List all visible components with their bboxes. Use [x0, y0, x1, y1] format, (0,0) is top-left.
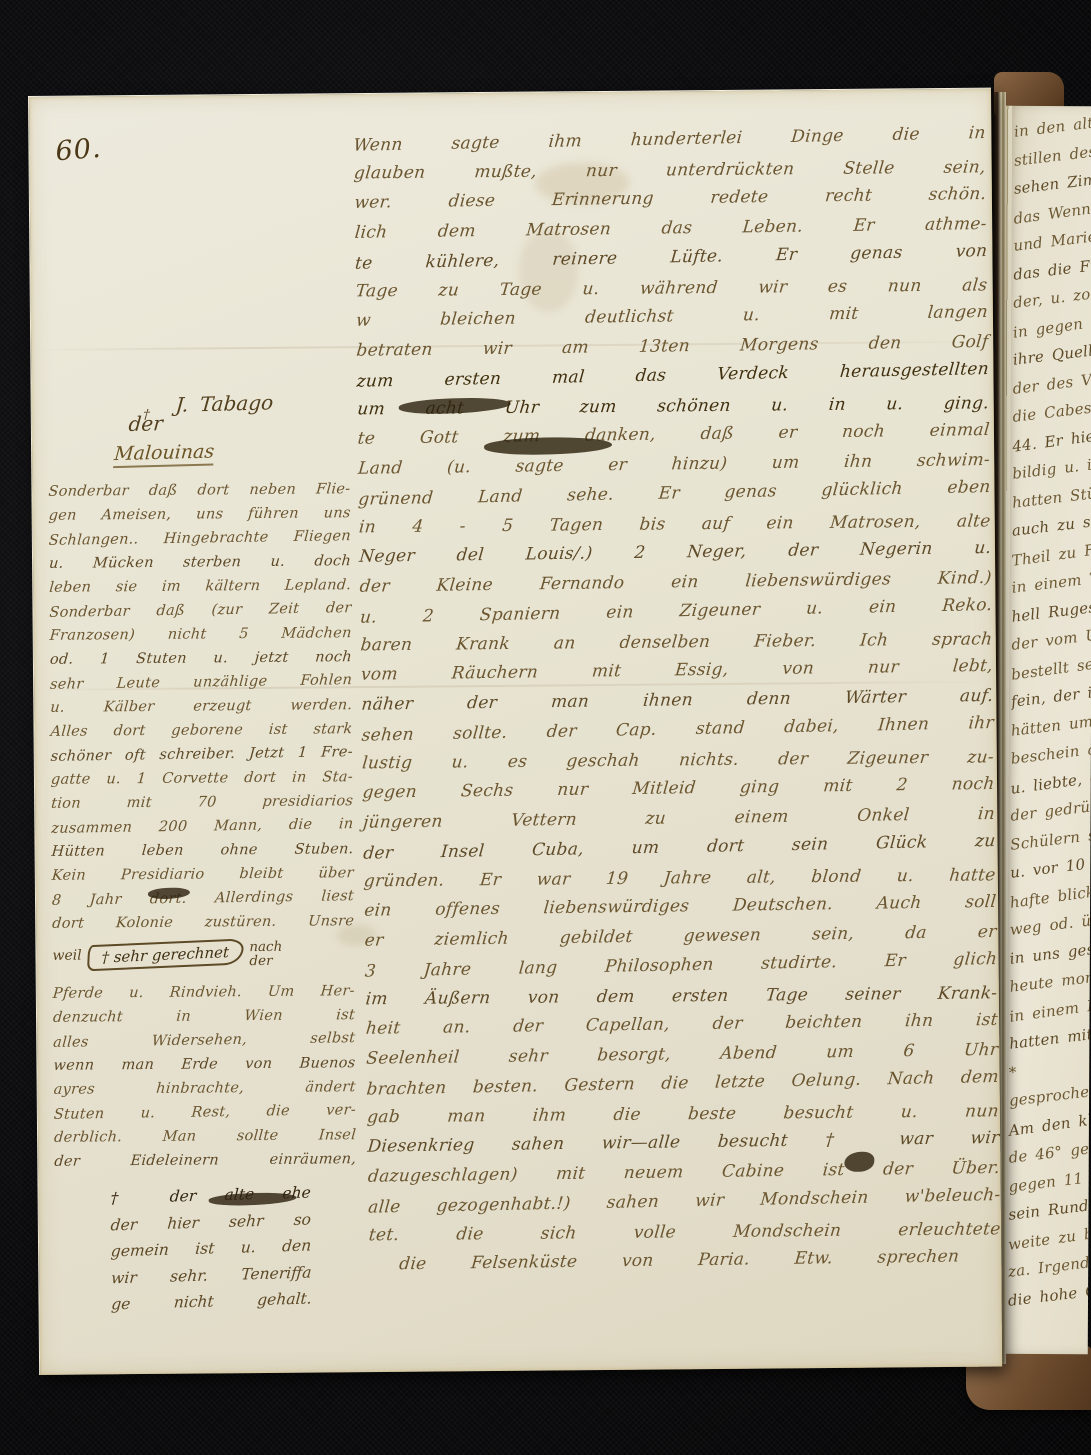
margin-column: †der J. Tabago Malouinas Sonderbar daß d… — [48, 390, 358, 1317]
margin-text-block: Sonderbar daß dort neben Flie-gen Ameise… — [48, 477, 354, 936]
adjacent-page: in den alten Gestillen des Gleichsehen Z… — [999, 106, 1091, 1354]
handwriting-line: Franzosen) nicht 5 Mädchen — [49, 621, 353, 648]
margin-heading-word: der — [128, 418, 163, 430]
handwriting-line: wenn man Erde von Buenos — [53, 1052, 357, 1079]
handwriting-line: Pferde u. Rindvieh. Um Her- — [52, 980, 356, 1007]
handwriting-line: dort Kolonie zustüren. Unsre — [51, 909, 355, 936]
handwriting-line: u. Mücken sterben u. doch — [48, 549, 352, 576]
margin-subheading: Malouinas — [113, 441, 215, 469]
handwriting-line: der Eideleinern einräumen, — [53, 1148, 357, 1175]
boxed-annotation-row: weil † sehr gerechnet nach der — [52, 939, 354, 970]
margin-heading-rest: J. Tabago — [175, 390, 275, 417]
margin-word: weil — [52, 948, 81, 964]
main-text-column: Wenn sagte ihm hunderterlei Dinge die in… — [353, 121, 1001, 1280]
boxed-note: † sehr gerechnet — [87, 939, 244, 972]
margin-text-block-2: Pferde u. Rindvieh. Um Her-denzucht in W… — [53, 980, 357, 1175]
handwriting-line: Hütten leben ohne Stuben. — [51, 837, 355, 864]
page-number: 60. — [54, 133, 102, 168]
handwriting-line: ge nicht gehalt. — [110, 1286, 312, 1318]
handwriting-line: u. Kälber erzeugt werden. — [49, 693, 353, 720]
margin-words: nach der — [249, 940, 282, 969]
handwriting-line: derblich. Man sollte Insel — [53, 1124, 357, 1151]
margin-heading: †der J. Tabago — [128, 388, 351, 430]
adjacent-page-text: in den alten Gestillen des Gleichsehen Z… — [1009, 118, 1091, 1316]
dagger-over-word: †der — [128, 411, 164, 430]
manuscript-page: 60. †der J. Tabago Malouinas Sonderbar d… — [28, 88, 1002, 1375]
handwriting-line: gatte u. 1 Corvette dort in Sta- — [50, 765, 354, 792]
margin-word: der — [249, 954, 282, 968]
margin-word: nach — [249, 940, 282, 954]
photograph-background: in den alten Gestillen des Gleichsehen Z… — [0, 0, 1091, 1455]
handwriting-line: Sonderbar daß dort neben Flie- — [48, 477, 352, 504]
